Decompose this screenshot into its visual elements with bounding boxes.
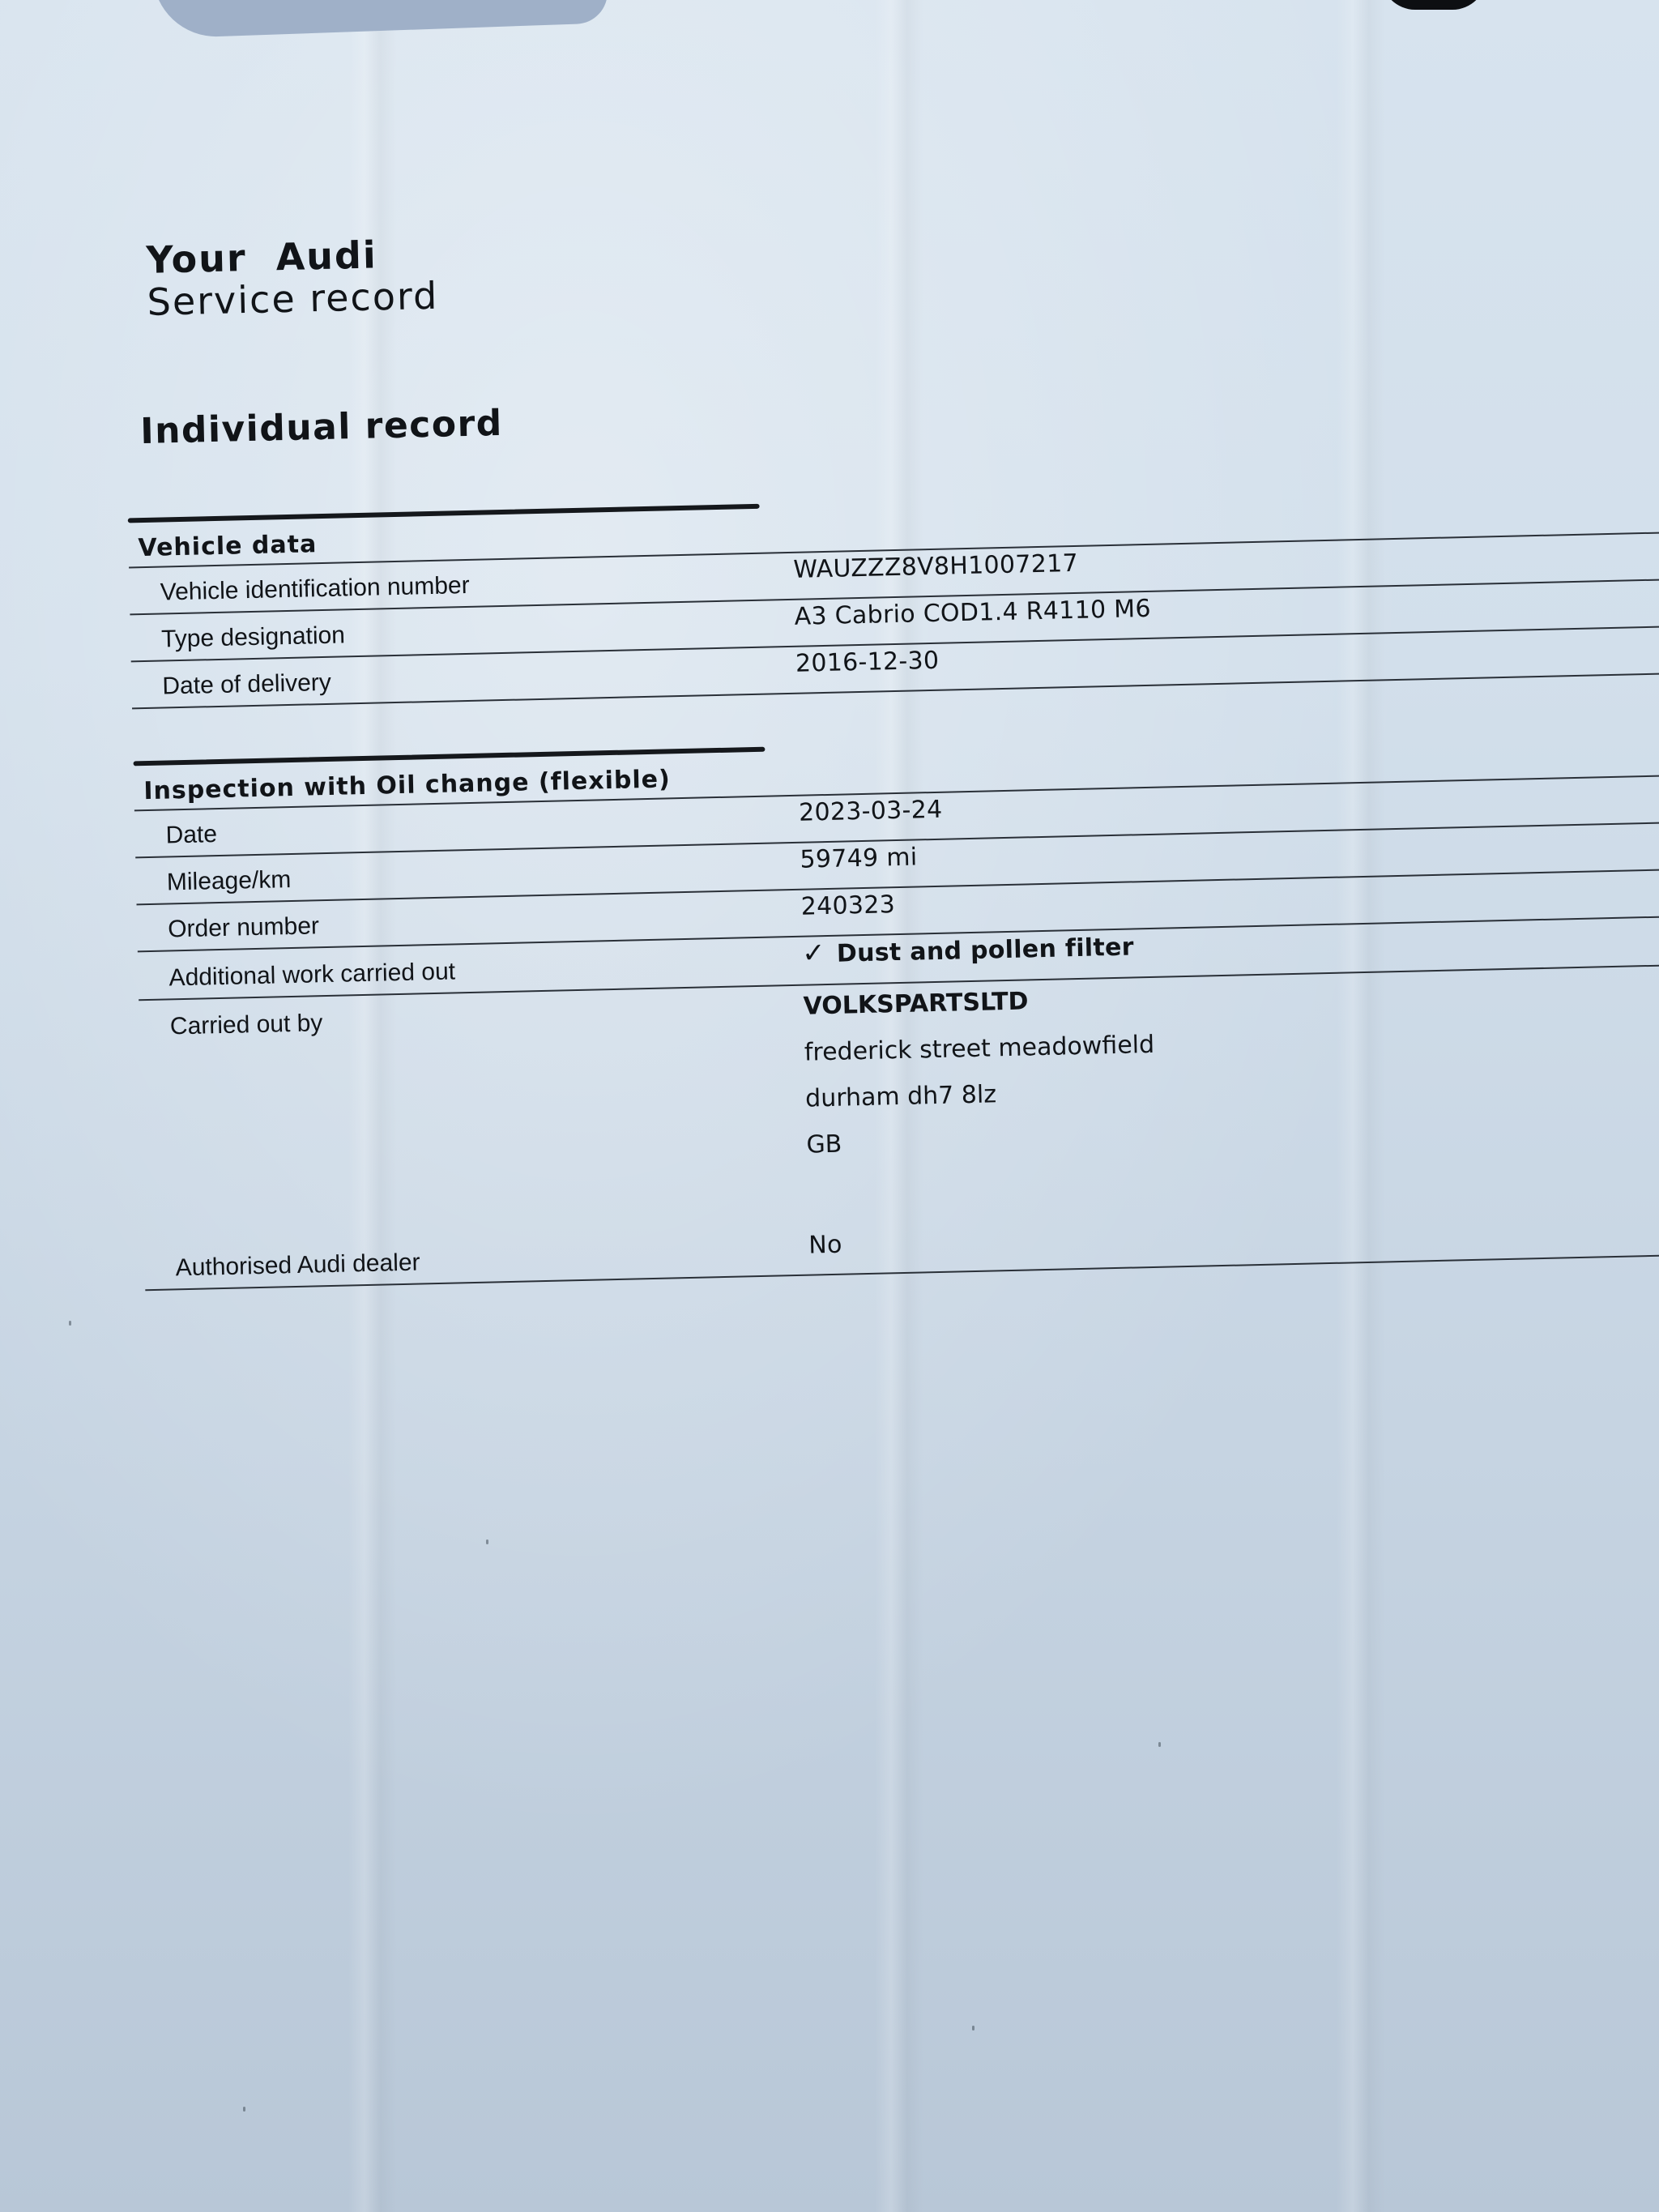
page-title: Individual record bbox=[140, 403, 504, 452]
type-designation-value: A3 Cabrio COD1.4 R4110 M6 bbox=[794, 595, 1151, 646]
workshop-name: VOLKSPARTSLTD bbox=[803, 984, 1154, 1021]
brand-subtitle: Service record bbox=[147, 275, 439, 323]
brand-title: Your Audi bbox=[146, 233, 438, 281]
paper-speck bbox=[69, 1321, 71, 1326]
carried-out-by-row: Carried out by VOLKSPARTSLTD frederick s… bbox=[139, 966, 1659, 1244]
inspection-date-value: 2023-03-24 bbox=[799, 796, 944, 842]
paper-speck bbox=[243, 2107, 245, 2112]
service-record-document: Your Audi Service record Individual reco… bbox=[0, 0, 1659, 2212]
order-number-value: 240323 bbox=[800, 890, 896, 936]
field-label: Authorised Audi dealer bbox=[144, 1241, 809, 1290]
workshop-city: durham dh7 8lz bbox=[805, 1077, 1156, 1113]
paper-speck bbox=[486, 1539, 488, 1544]
additional-work-text: Dust and pollen filter bbox=[837, 933, 1135, 967]
paper-speck bbox=[1158, 1742, 1161, 1747]
inspection-section: Inspection with Oil change (flexible) Da… bbox=[134, 726, 1659, 1291]
vehicle-data-section: Vehicle data Vehicle identification numb… bbox=[128, 483, 1659, 709]
field-label: Date of delivery bbox=[131, 659, 796, 708]
workshop-country: GB bbox=[806, 1123, 1157, 1159]
checkmark-icon: ✓ bbox=[802, 937, 826, 970]
delivery-date-value: 2016-12-30 bbox=[795, 647, 940, 693]
mileage-value: 59749 mi bbox=[800, 843, 918, 888]
workshop-street: frederick street meadowfield bbox=[804, 1031, 1154, 1067]
vin-value: WAUZZZ8V8H1007217 bbox=[793, 549, 1079, 599]
authorised-dealer-value: No bbox=[808, 1231, 843, 1275]
workshop-address: VOLKSPARTSLTD frederick street meadowfie… bbox=[803, 978, 1157, 1159]
additional-work-value: ✓Dust and pollen filter bbox=[802, 929, 1135, 984]
brand-block: Your Audi Service record bbox=[146, 233, 439, 323]
paper-speck bbox=[972, 2026, 975, 2031]
